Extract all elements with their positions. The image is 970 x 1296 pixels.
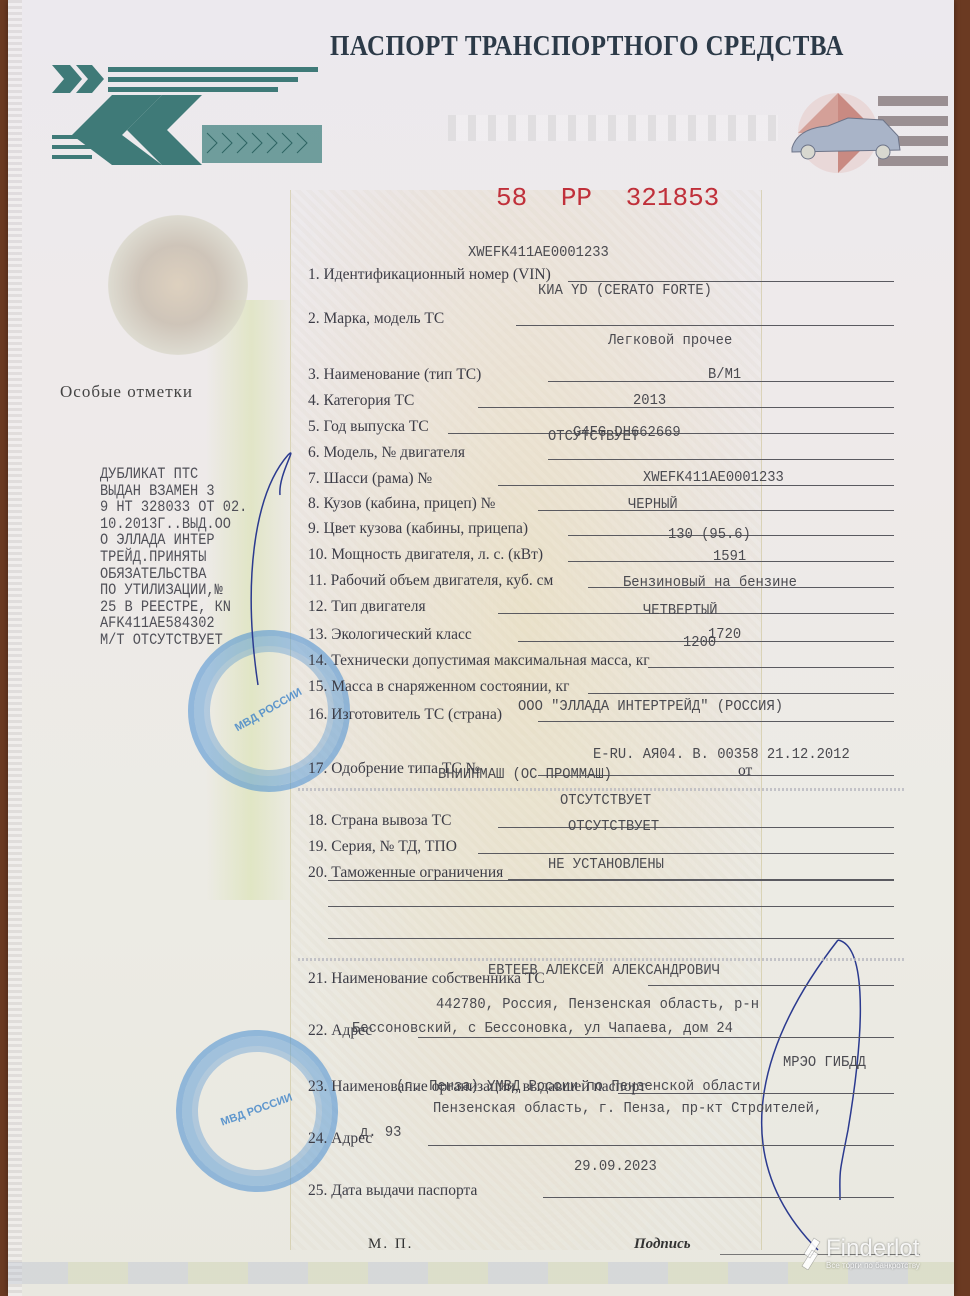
vehicle-passport-page: ПАСПОРТ ТРАНСПОРТНОГО СРЕДСТВА 58 РР 321… <box>8 0 954 1296</box>
field-underline <box>428 1145 894 1146</box>
address-line-2: Бессоновский, с Бессоновка, ул Чапаева, … <box>352 1020 733 1037</box>
field-value: В/М1 <box>708 366 741 383</box>
field-label: 5. Год выпуска ТС <box>308 418 429 436</box>
field-row: 21. Наименование собственника ТСЕВТЕЕВ А… <box>308 966 894 990</box>
guilloche-band <box>448 115 778 141</box>
dotted-separator <box>298 958 904 961</box>
export-country-value-above: ОТСУТСТВУЕТ <box>560 792 651 809</box>
field-label: 11. Рабочий объем двигателя, куб. см <box>308 572 553 590</box>
field-underline <box>588 693 894 694</box>
field-underline <box>478 407 894 408</box>
field-underline <box>538 510 894 511</box>
watermark: Finderlot Все торги по банкротству <box>800 1236 920 1270</box>
issue-date-value: 29.09.2023 <box>574 1158 657 1175</box>
approval-authority-value: ВНИИНМАШ (ОС ПРОММАШ) <box>438 766 612 783</box>
serial-region: 58 <box>496 183 527 213</box>
signature-label: Подпись <box>634 1236 691 1253</box>
field-row: 11. Рабочий объем двигателя, куб. см1591 <box>308 568 894 592</box>
export-country-value: ОТСУТСТВУЕТ <box>568 818 659 835</box>
seal-place-label: М. П. <box>368 1236 413 1253</box>
field-underline <box>648 985 894 986</box>
field-value: ЧЕРНЫЙ <box>628 496 678 513</box>
field-value: КИА YD (CERATO FORTE) <box>538 282 712 299</box>
field-value: ЕВТЕЕВ АЛЕКСЕЙ АЛЕКСАНДРОВИЧ <box>488 962 720 979</box>
field-value: XWEFK411AE0001233 <box>643 469 784 486</box>
hologram-seal <box>108 215 248 355</box>
field-underline <box>516 325 894 326</box>
field-row: 12. Тип двигателяБензиновый на бензине <box>308 594 894 618</box>
field-row: 14. Технически допустимая максимальная м… <box>308 648 894 672</box>
field-underline <box>498 827 894 828</box>
field-value: Легковой прочее <box>608 332 732 349</box>
field-underline <box>548 459 894 460</box>
field-underline <box>418 1037 894 1038</box>
field-value: 1200 <box>683 634 716 651</box>
passport-emblem-icon <box>52 65 432 165</box>
field-label: 18. Страна вывоза ТС <box>308 812 451 830</box>
field-label: 9. Цвет кузова (кабины, прицепа) <box>308 520 528 538</box>
address-line-1: 442780, Россия, Пензенская область, р-н <box>436 996 759 1013</box>
field-value: 130 (95.6) <box>668 526 751 543</box>
serial-series: РР <box>561 183 592 213</box>
field-value: ООО "ЭЛЛАДА ИНТЕРТРЕЙД" (РОССИЯ) <box>518 698 783 715</box>
dotted-separator <box>298 788 904 791</box>
field-label: 19. Серия, № ТД, ТПО <box>308 838 457 856</box>
field-value: Бензиновый на бензине <box>623 574 797 591</box>
field-value: 2013 <box>633 392 666 409</box>
field-underline <box>543 1197 894 1198</box>
blank-line <box>328 906 894 907</box>
field-value: ОТСУТСТВУЕТ <box>548 428 639 445</box>
field-value: НЕ УСТАНОВЛЕНЫ <box>548 856 664 873</box>
field-row: 16. Изготовитель ТС (страна)ООО "ЭЛЛАДА … <box>308 702 894 726</box>
field-label: 8. Кузов (кабина, прицеп) № <box>308 495 495 513</box>
field-row: 3. Наименование (тип ТС)Легковой прочее <box>308 362 894 386</box>
blank-line <box>328 938 894 939</box>
field-label: 4. Категория ТС <box>308 392 414 410</box>
field-underline <box>478 853 894 854</box>
field-row: 25. Дата выдачи паспорта <box>308 1178 894 1202</box>
field-label: 6. Модель, № двигателя <box>308 444 465 462</box>
field-label: 7. Шасси (рама) № <box>308 470 432 488</box>
special-marks-title: Особые отметки <box>60 382 193 402</box>
issuer-address-line-1: Пензенская область, г. Пенза, пр-кт Стро… <box>433 1100 822 1117</box>
field-row: 7. Шасси (рама) №ОТСУТСТВУЕТ <box>308 466 894 490</box>
issuer-line-1: МРЭО ГИБДД <box>783 1054 866 1071</box>
car-emblem-icon <box>788 88 948 178</box>
from-label: от <box>738 762 752 1294</box>
field-label: 16. Изготовитель ТС (страна) <box>308 706 502 724</box>
field-label: 15. Масса в снаряженном состоянии, кг <box>308 678 569 696</box>
blank-line <box>328 880 894 881</box>
field-row: 9. Цвет кузова (кабины, прицепа)ЧЕРНЫЙ <box>308 516 894 540</box>
field-underline <box>538 721 894 722</box>
approval-number-value: E-RU. AЯ04. B. 00358 21.12.2012 <box>593 746 850 763</box>
field-label: 2. Марка, модель ТС <box>308 310 444 328</box>
field-row: 8. Кузов (кабина, прицеп) №XWEFK411AE000… <box>308 491 894 515</box>
field-label: 1. Идентификационный номер (VIN) <box>308 266 551 284</box>
field-label: 10. Мощность двигателя, л. с. (кВт) <box>308 546 543 564</box>
field-value: 1591 <box>713 548 746 565</box>
field-value: XWEFK411AE0001233 <box>468 244 609 261</box>
watermark-name: Finderlot <box>826 1237 920 1261</box>
field-row: 10. Мощность двигателя, л. с. (кВт)130 (… <box>308 542 894 566</box>
field-label: 13. Экологический класс <box>308 626 472 644</box>
field-label: 14. Технически допустимая максимальная м… <box>308 652 650 670</box>
field-underline <box>648 667 894 668</box>
watermark-tagline: Все торги по банкротству <box>826 1261 920 1270</box>
special-marks-text: ДУБЛИКАТ ПТС ВЫДАН ВЗАМЕН 3 9 НТ 328033 … <box>100 466 247 649</box>
field-row: 19. Серия, № ТД, ТПО <box>308 834 894 858</box>
field-label: 25. Дата выдачи паспорта <box>308 1182 477 1200</box>
field-label: 3. Наименование (тип ТС) <box>308 366 481 384</box>
serial-number: 58 РР 321853 <box>496 183 719 213</box>
serial-number-digits: 321853 <box>626 183 720 213</box>
field-row: 4. Категория ТСВ/М1 <box>308 388 894 412</box>
field-value: ЧЕТВЕРТЫЙ <box>643 602 718 619</box>
issuer-line-2: (г. Пенза) УМВД России по Пензенской обл… <box>396 1078 760 1095</box>
issuer-address-line-2: д. 93 <box>360 1124 401 1141</box>
field-row: 15. Масса в снаряженном состоянии, кг120… <box>308 674 894 698</box>
field-label: 12. Тип двигателя <box>308 598 426 616</box>
field-row: 2. Марка, модель ТСКИА YD (CERATO FORTE) <box>308 306 894 330</box>
finderlot-logo-icon <box>800 1236 822 1270</box>
document-title: ПАСПОРТ ТРАНСПОРТНОГО СРЕДСТВА <box>330 30 844 63</box>
field-row: 13. Экологический классЧЕТВЕРТЫЙ <box>308 622 894 646</box>
